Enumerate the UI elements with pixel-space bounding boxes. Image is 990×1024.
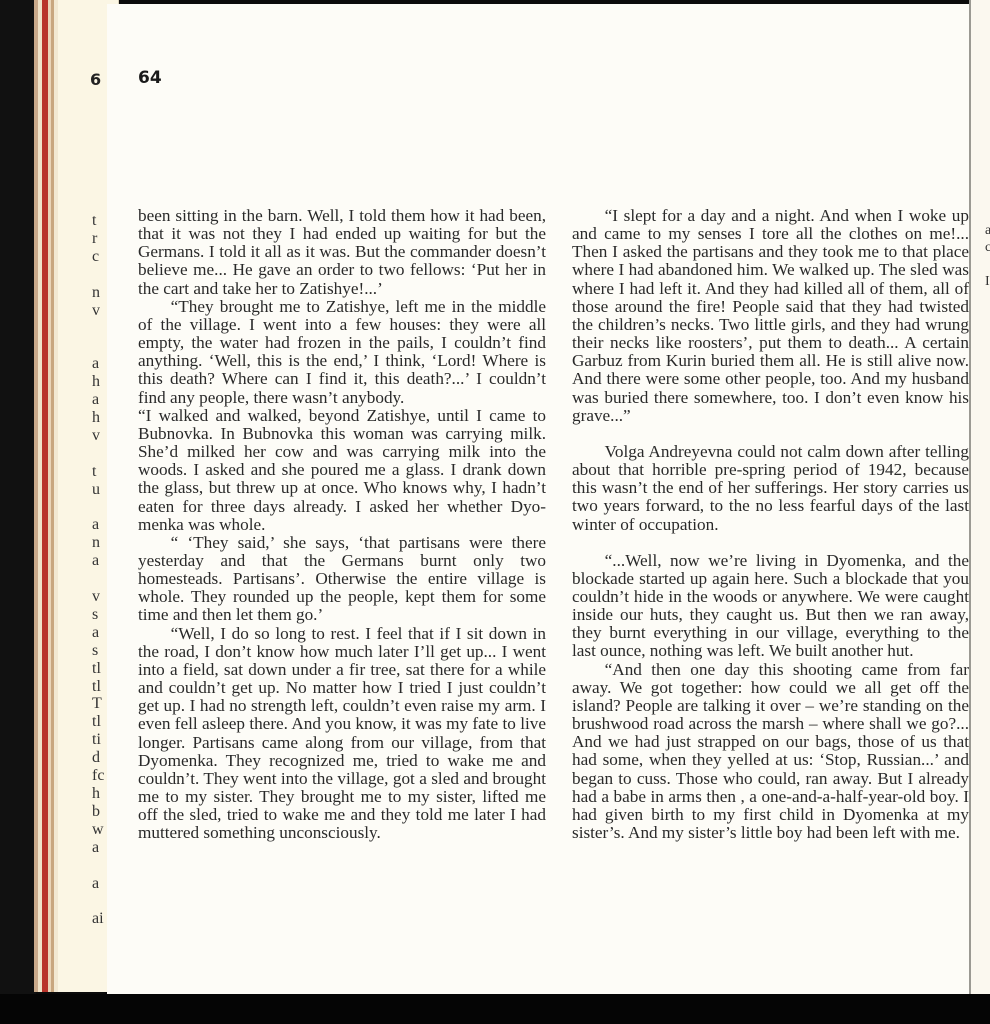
right-text-column: “I slept for a day and a night. And when…: [572, 207, 969, 842]
paragraph: “I walked and walked, beyond Zatishye, u…: [138, 407, 546, 534]
paragraph: Volga Andreyevna could not calm down aft…: [572, 443, 969, 534]
book-binding: [0, 0, 36, 1000]
next-page-edge: [969, 0, 990, 996]
underlying-page-number: 6: [90, 70, 101, 89]
paragraph: “Well, I do so long to rest. I feel that…: [138, 625, 546, 843]
left-text-column: been sitting in the barn. Well, I told t…: [138, 207, 546, 842]
paragraph: “I slept for a day and a night. And when…: [572, 207, 969, 425]
scan-bottom-shadow: [0, 994, 990, 1024]
paragraph: been sitting in the barn. Well, I told t…: [138, 207, 546, 298]
paragraph: “They brought me to Zatishye, left me in…: [138, 298, 546, 407]
paragraph: “...Well, now we’re living in Dyomenka, …: [572, 552, 969, 661]
paragraph: “ ‘They said,’ she says, ‘that partisans…: [138, 534, 546, 625]
paragraph: “And then one day this shooting came fro…: [572, 661, 969, 843]
book-scan: 6 t r c n v a h a h v t u a n a v s a s …: [0, 0, 990, 1024]
page-number: 64: [138, 68, 162, 88]
next-page-text-fragments: a c I: [985, 222, 990, 290]
